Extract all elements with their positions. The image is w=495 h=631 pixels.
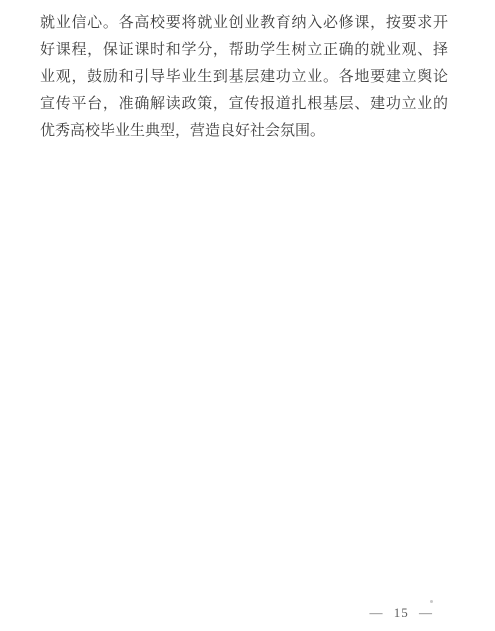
document-page: 就业信心。各高校要将就业创业教育纳入必修课，按要求开 好课程，保证课时和学分，帮… <box>0 0 495 631</box>
body-paragraph: 就业信心。各高校要将就业创业教育纳入必修课，按要求开 好课程，保证课时和学分，帮… <box>40 10 448 145</box>
text-line: 业观，鼓励和引导毕业生到基层建功立业。各地要建立舆论 <box>40 64 448 91</box>
page-number: — 15 — <box>370 605 434 621</box>
text-line: 就业信心。各高校要将就业创业教育纳入必修课，按要求开 <box>40 10 448 37</box>
text-line: 宣传平台，准确解读政策，宣传报道扎根基层、建功立业的 <box>40 91 448 118</box>
text-line: 好课程，保证课时和学分，帮助学生树立正确的就业观、择 <box>40 37 448 64</box>
scan-speck-artifact <box>430 600 433 603</box>
text-line: 优秀高校毕业生典型，营造良好社会氛围。 <box>40 118 448 145</box>
